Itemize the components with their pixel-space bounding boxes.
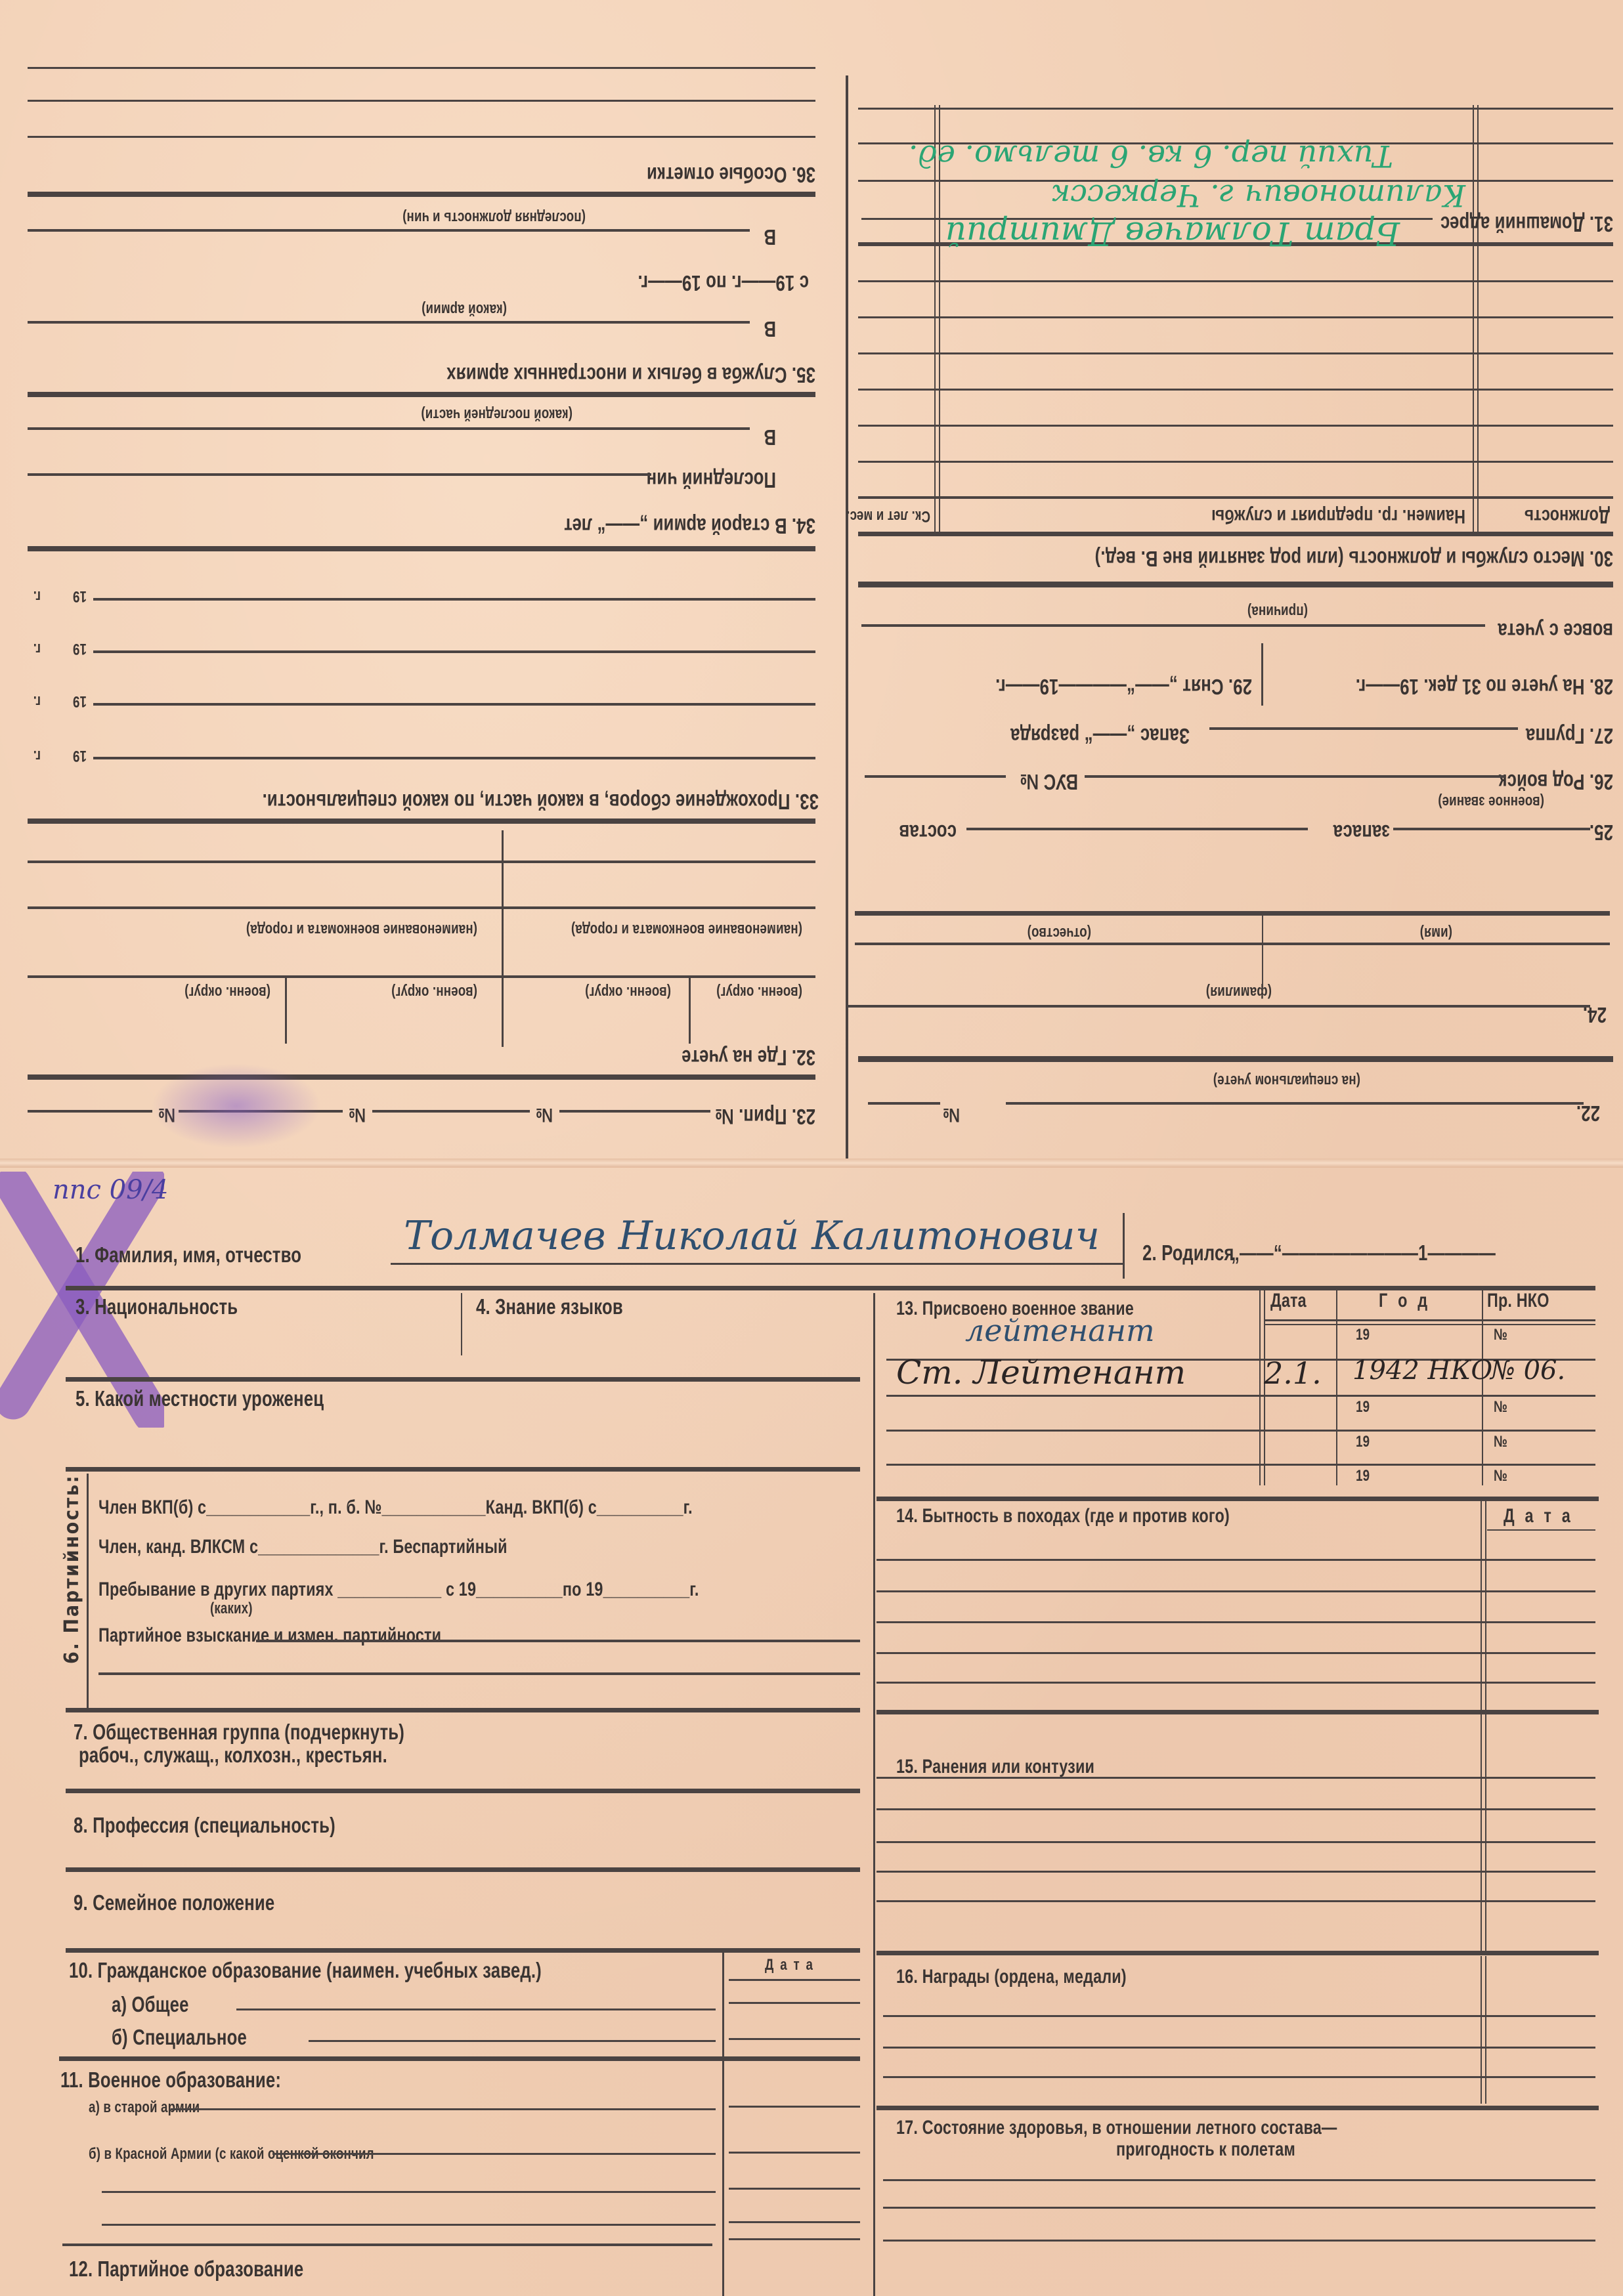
field30-col-split1	[1473, 105, 1479, 532]
field25-end: состав	[899, 820, 957, 845]
field11-red-army-line	[272, 2153, 716, 2155]
field16-line	[883, 2076, 1595, 2078]
field17-line	[883, 2207, 1595, 2209]
field13-row-line	[886, 1464, 1595, 1466]
field13-row2-order[interactable]: № 06.	[1490, 1355, 1565, 1386]
field35-v1: В	[764, 316, 776, 341]
field6-line2: Член, канд. ВЛКСМ с______________г. Бесп…	[98, 1536, 508, 1558]
field24-caption-name: (имя)	[1419, 924, 1452, 942]
field11-old-army-line	[171, 2108, 716, 2110]
field1-value[interactable]: Толмачев Николай Калитонович	[404, 1213, 1100, 1259]
field35-caption2: (последняя должность и чин)	[402, 208, 586, 226]
field15-line	[876, 1900, 1595, 1902]
field28-caption: (причина)	[1247, 602, 1308, 620]
field13-col-split	[1336, 1288, 1337, 1485]
field6-vertical	[87, 1474, 89, 1710]
field13-header-line2	[1264, 1324, 1595, 1325]
field34-rank-line	[28, 473, 651, 476]
field33-year: 19	[73, 692, 87, 710]
field15-line	[876, 1841, 1595, 1843]
field15-date-split	[1481, 1714, 1486, 1954]
field24-caption-patronymic: (отчество)	[1028, 924, 1091, 942]
field11-extra-line	[102, 2224, 716, 2226]
field11-date-line	[729, 2188, 860, 2190]
divider	[876, 1951, 1599, 1955]
field1-label: 1. Фамилия, имя, отчество	[76, 1243, 301, 1267]
field33-row-line	[93, 757, 815, 759]
field33-year: 19	[73, 587, 87, 605]
field26-label: 26. Род войск	[1498, 769, 1613, 794]
field11-label: 11. Военное образование:	[60, 2068, 281, 2093]
field13-row5-order: №	[1494, 1467, 1507, 1485]
field13-row3-year: 19	[1356, 1398, 1370, 1416]
field15-label: 15. Ранения или контузии	[896, 1756, 1094, 1778]
field22-line	[1006, 1102, 1584, 1105]
field36-label: 36. Особые отметки	[647, 162, 815, 187]
field10-general: а) Общее	[112, 1992, 189, 2017]
field30-row	[858, 425, 1613, 427]
divider	[66, 1286, 1595, 1290]
field22-no-line	[868, 1102, 940, 1105]
field26-line	[1085, 775, 1505, 778]
field13-row4-order: №	[1494, 1433, 1507, 1451]
field14-date-line	[1487, 1529, 1595, 1531]
divider	[66, 1789, 860, 1793]
field13-row-line	[886, 1395, 1595, 1397]
divider	[66, 1708, 860, 1712]
field32-split	[285, 978, 287, 1044]
field31-handwritten-3: Тихий пер. 6 кв. 6 тельмо. ед.	[909, 138, 1393, 174]
field33-label: 33. Прохождение сборов, в какой части, п…	[262, 789, 819, 814]
field6-line3: Пребывание в других партиях ____________…	[98, 1579, 699, 1601]
field10-date-line	[729, 1979, 860, 1981]
field33-g: г.	[33, 692, 41, 710]
field25-line1	[1393, 828, 1590, 830]
stamp-note: ппс 09/4	[53, 1175, 168, 1205]
field35-v2: В	[764, 224, 776, 249]
field33-g: г.	[33, 587, 41, 605]
field35-position-line	[28, 229, 750, 232]
field14-date-header: Д а т а	[1504, 1505, 1573, 1527]
field30-row	[858, 316, 1613, 318]
divider	[876, 1710, 1599, 1714]
field9-label: 9. Семейное положение	[74, 1890, 274, 1915]
field13-rank-correction[interactable]: лейтенант	[965, 1313, 1155, 1348]
field30-row	[858, 389, 1613, 391]
field6-line4: Партийное взыскание и измен. партийности	[98, 1625, 441, 1647]
field27-label: 27. Группа	[1526, 723, 1613, 748]
field36-line2	[28, 100, 815, 102]
field15-line	[876, 1871, 1595, 1873]
field16-label: 16. Награды (ордена, медали)	[896, 1966, 1127, 1988]
field13-row2-year[interactable]: 1942 НКО	[1352, 1355, 1492, 1386]
field1-split	[1123, 1213, 1125, 1279]
field11-old-army: а) в старой армии	[89, 2098, 200, 2117]
field13-row4-year: 19	[1356, 1433, 1370, 1451]
field17-label: 17. Состояние здоровья, в отношении летн…	[896, 2117, 1337, 2139]
field3-split	[461, 1293, 462, 1355]
field28-label: 28. На учете по 31 дек. 19——г.	[1356, 674, 1613, 699]
field2-label: 2. Родился	[1142, 1241, 1234, 1265]
field32-caption-voenkomat2: (наименование военкомата и города)	[246, 920, 477, 939]
field29-removed: 29. Снят „——“————19——г.	[995, 674, 1252, 699]
ink-stain	[151, 1063, 322, 1149]
field24-line2	[855, 943, 1610, 945]
field23-line4	[28, 1110, 152, 1113]
field34-v: В	[764, 425, 776, 450]
field8-label: 8. Профессия (специальность)	[74, 1813, 335, 1838]
field3-label: 3. Национальность	[76, 1294, 238, 1319]
divider	[28, 546, 815, 551]
divider	[28, 192, 815, 197]
field28-split	[1261, 643, 1263, 706]
field11-date-line	[729, 2106, 860, 2108]
field30-row	[858, 280, 1613, 282]
field23-no1: №	[536, 1103, 553, 1126]
divider	[66, 1467, 860, 1472]
field12-label: 12. Партийное образование	[69, 2257, 303, 2282]
field26-vus: ВУС №	[1020, 769, 1078, 794]
field23-no2: №	[349, 1103, 366, 1126]
field35-caption1: (какой армии)	[422, 300, 507, 318]
field25-mid: запаса	[1333, 820, 1390, 845]
field13-row5-year: 19	[1356, 1467, 1370, 1485]
divider	[855, 911, 1610, 916]
field10-date-line	[729, 2038, 860, 2040]
field6-extra-line	[98, 1672, 860, 1675]
field31-handwritten-1: Брат Толмачев Дмитрий	[945, 215, 1400, 253]
field32-caption-okrug2: (военн. округ)	[585, 983, 671, 1001]
field14-date-split	[1481, 1500, 1486, 1723]
field31-line4	[858, 108, 1613, 110]
divider	[876, 2106, 1599, 2110]
divider	[858, 582, 1613, 587]
field16-line	[883, 2015, 1595, 2017]
field30-label: 30. Место службы и должность (или род за…	[1094, 546, 1613, 571]
divider	[858, 1056, 1613, 1062]
field32-line1	[28, 975, 815, 978]
field15-line	[876, 1777, 1595, 1779]
field30-row	[858, 461, 1613, 463]
field24-line1	[848, 1005, 1590, 1008]
field25-caption: (военное звание)	[1438, 792, 1544, 811]
field33-row-line	[93, 703, 815, 706]
field4-label: 4. Знание языков	[476, 1294, 623, 1319]
field31-handwritten-2: Калитонович г. Черкесск	[1052, 178, 1465, 213]
top-half-upside-down: 22. № (на специальном учете) 24. (фамили…	[0, 0, 1623, 1159]
field10-special-line	[309, 2040, 716, 2042]
field13-header-year: Г о д	[1379, 1290, 1431, 1312]
fold-crease	[0, 1159, 1623, 1168]
field6-title: 6. Партийность:	[60, 1474, 83, 1664]
field10-date-split	[722, 1953, 724, 2296]
divider	[28, 818, 815, 824]
field6-line1: Член ВКП(б) с____________г., п. б. №____…	[98, 1497, 693, 1519]
field33-g: г.	[33, 746, 41, 765]
field30-row	[858, 352, 1613, 354]
field27-mid: Запас „——“ разряда	[1010, 723, 1190, 748]
divider	[66, 1948, 860, 1953]
field32-line2	[28, 906, 815, 909]
field13-row3-order: №	[1494, 1398, 1507, 1416]
field14-line	[876, 1652, 1595, 1654]
field36-line3	[28, 67, 815, 69]
field23-line1	[559, 1110, 710, 1113]
field27-line	[1209, 727, 1518, 730]
field32-caption-okrug4: (военн. округ)	[184, 983, 270, 1001]
field11-date-line	[729, 2152, 860, 2154]
field28-reason-line	[861, 624, 1485, 627]
field31-label: 31. Домашний адрес	[1440, 211, 1613, 236]
divider	[66, 1377, 860, 1382]
field35-label: 35. Служба в белых и иностранных армиях	[446, 362, 815, 387]
field16-line	[883, 2047, 1595, 2049]
divider	[59, 2056, 860, 2061]
field15-line	[876, 1808, 1595, 1810]
field11-extra-line	[102, 2191, 716, 2193]
field33-year: 19	[73, 746, 87, 765]
field10-date-header: Д а т а	[765, 1956, 814, 1974]
field33-row-line	[93, 598, 815, 601]
field10-date-line	[729, 2002, 860, 2004]
right-column-divider	[873, 1293, 875, 2296]
field16-date-split	[1481, 1956, 1486, 2104]
field25-line2	[966, 828, 1308, 830]
field33-row-line	[93, 650, 815, 653]
field14-line	[876, 1590, 1595, 1592]
field6-caption-kakih: (каких)	[210, 1600, 253, 1618]
field13-row1-order: №	[1494, 1326, 1507, 1344]
field33-year: 19	[73, 639, 87, 658]
field17-label2: пригодность к полетам	[1116, 2138, 1295, 2161]
divider	[66, 1867, 860, 1872]
center-divider	[846, 75, 848, 1159]
field11-date-line	[729, 2238, 860, 2240]
field34-unit-line	[28, 427, 750, 430]
field30-header-position: Должность	[1524, 505, 1610, 527]
field13-row2-rank[interactable]: Ст. Лейтенант	[896, 1353, 1186, 1392]
field17-line	[883, 2179, 1595, 2181]
field30-header-line	[858, 496, 1613, 499]
field10-special: б) Специальное	[112, 2025, 247, 2050]
field13-header-line	[1264, 1319, 1595, 1321]
field32-caption-okrug3: (военн. округ)	[391, 983, 477, 1001]
field28-line2: вовсе с учета	[1498, 618, 1613, 643]
field32-label: 32. Где на учете	[682, 1045, 815, 1070]
field33-g: г.	[33, 639, 41, 658]
field22-no: №	[943, 1103, 960, 1126]
field34-caption: (какой последней части)	[421, 405, 573, 423]
field1-line	[391, 1263, 1123, 1265]
field26-vus-line	[865, 775, 1006, 778]
field22-caption: (на специальном учете)	[1213, 1071, 1360, 1090]
field35-period: с 19——г. по 19——г.	[638, 270, 809, 295]
field11-date-line	[729, 2221, 860, 2223]
field34-rank: Последний чин	[646, 467, 776, 492]
field10-general-line	[236, 2009, 716, 2010]
divider	[62, 2243, 712, 2246]
field23-line2	[372, 1110, 530, 1113]
field24-split	[1262, 916, 1263, 991]
field23-label: 23. Прип. №	[715, 1104, 815, 1129]
field13-header-order: Пр. НКО	[1487, 1290, 1549, 1312]
field36-line1	[28, 136, 815, 138]
field14-line	[876, 1621, 1595, 1623]
divider	[28, 1074, 815, 1080]
divider	[876, 1497, 1599, 1501]
field13-row2-date[interactable]: 2.1.	[1264, 1355, 1322, 1391]
field34-label: 34. В старой армии „——“ лет	[564, 513, 815, 538]
field14-label: 14. Бытность в походах (где и против ког…	[896, 1505, 1230, 1527]
field35-army-line	[28, 321, 750, 324]
field2-template: „——“————————1————	[1231, 1241, 1496, 1265]
field13-row-line	[886, 1430, 1595, 1432]
field14-line	[876, 1559, 1595, 1561]
field5-label: 5. Какой местности уроженец	[76, 1386, 324, 1411]
field7-label: 7. Общественная группа (подчеркнуть)	[74, 1720, 404, 1745]
field17-line	[883, 2240, 1595, 2242]
field30-header-org: Наимен. гр. предприят и службы	[1211, 505, 1465, 527]
divider	[28, 392, 815, 397]
divider	[858, 532, 1613, 536]
field13-header-date: Дата	[1270, 1290, 1307, 1312]
field13-row1-year: 19	[1356, 1326, 1370, 1344]
field32-line3	[28, 861, 815, 863]
field13-col-split	[1482, 1288, 1483, 1485]
field6-penalty-line	[256, 1640, 860, 1642]
field7-options[interactable]: рабоч., служащ., колхозн., крестьян.	[79, 1743, 387, 1768]
field32-caption-okrug1: (военн. округ)	[716, 983, 802, 1001]
field10-label: 10. Гражданское образование (наимен. уче…	[69, 1958, 542, 1983]
field14-line	[876, 1682, 1595, 1684]
field32-split	[689, 978, 691, 1044]
field32-caption-voenkomat1: (наименование военкомата и города)	[571, 920, 802, 939]
field25-label: 25.	[1590, 820, 1613, 845]
field30-header-years: Ск. лет и мес.	[846, 507, 930, 525]
